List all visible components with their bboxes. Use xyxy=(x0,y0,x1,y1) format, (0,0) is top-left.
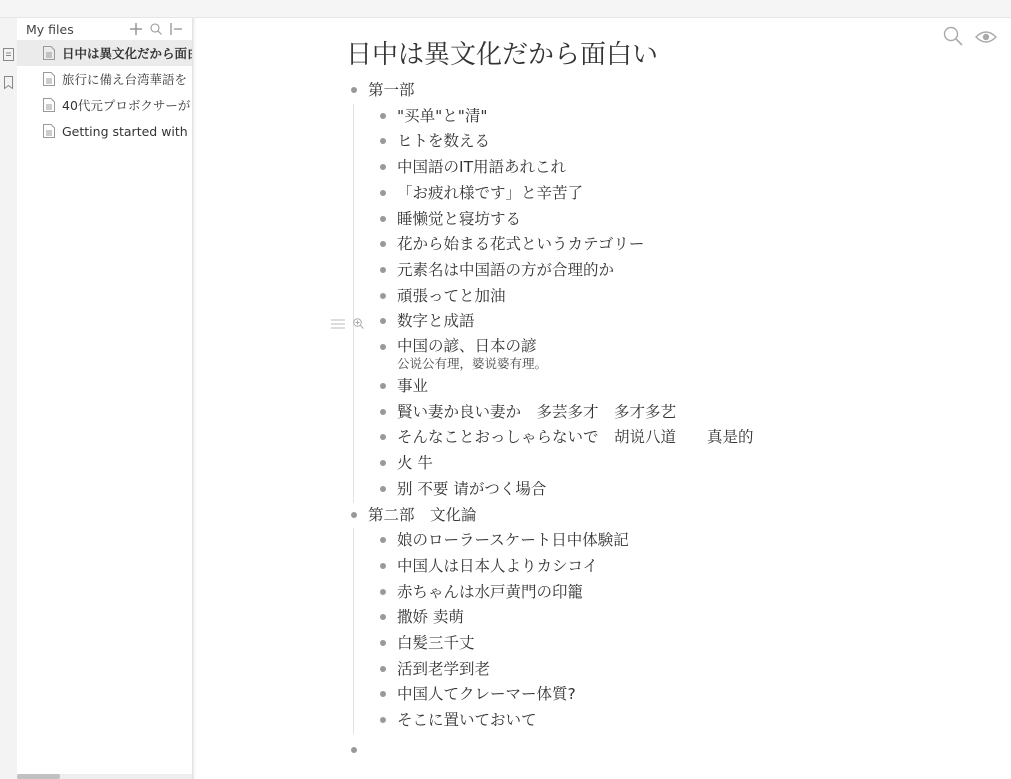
outline-row[interactable]: 花から始まる花式というカテゴリー xyxy=(375,232,986,258)
document-area: 日中は異文化だから面白い 第一部 "买单"と"清" ヒトを数える 中国語のIT用… xyxy=(196,18,1011,779)
bullet-icon[interactable] xyxy=(380,460,386,466)
outline-item-text[interactable]: 「お疲れ様です」と辛苦了 xyxy=(397,181,583,207)
outline-row[interactable]: 睡懒觉と寝坊する xyxy=(375,207,986,233)
outline-item-text[interactable]: 賢い妻か良い妻か 多芸多才 多才多艺 xyxy=(397,400,676,426)
file-item[interactable]: 旅行に備え台湾華語を xyxy=(17,66,192,92)
outline-children: 娘のローラースケート日中体験記 中国人は日本人よりカシコイ 赤ちゃんは水戸黄門の… xyxy=(353,528,986,734)
row-hover-controls xyxy=(331,315,364,333)
outline-item-text[interactable]: ヒトを数える xyxy=(397,129,490,155)
outline-row-hovered[interactable]: 数字と成語 xyxy=(375,309,986,335)
outline-node-section-2: 第二部 文化論 娘のローラースケート日中体験記 中国人は日本人よりカシコイ 赤ち… xyxy=(346,503,986,734)
outline-row[interactable]: 頑張ってと加油 xyxy=(375,284,986,310)
bullet-icon[interactable] xyxy=(380,190,386,196)
bullet-icon[interactable] xyxy=(380,138,386,144)
bullet-icon[interactable] xyxy=(380,614,386,620)
bullet-icon[interactable] xyxy=(380,409,386,415)
outline-item-text[interactable]: 火 牛 xyxy=(397,451,433,477)
outline-row[interactable]: そこに置いておいて xyxy=(375,708,986,734)
outline-row[interactable]: 第一部 xyxy=(346,78,986,104)
outline-item-text[interactable]: 赤ちゃんは水戸黄門の印籠 xyxy=(397,580,583,606)
file-item[interactable]: 日中は異文化だから面白い xyxy=(17,40,192,66)
bullet-icon[interactable] xyxy=(380,486,386,492)
outline-item-text[interactable]: 花から始まる花式というカテゴリー xyxy=(397,232,644,258)
bullet-icon[interactable] xyxy=(351,87,357,93)
outline-item-text[interactable]: 中国人てクレーマー体質? xyxy=(397,682,576,708)
file-list: 日中は異文化だから面白い 旅行に備え台湾華語を 40代元プロボクサーが Gett… xyxy=(17,40,192,144)
collapse-sidebar-button[interactable] xyxy=(170,23,182,35)
file-icon xyxy=(43,98,55,112)
bookmark-icon[interactable] xyxy=(3,75,14,89)
bullet-icon[interactable] xyxy=(351,747,357,753)
page-title[interactable]: 日中は異文化だから面白い xyxy=(346,34,658,71)
bullet-icon[interactable] xyxy=(380,113,386,119)
bullet-icon[interactable] xyxy=(380,267,386,273)
bullet-icon[interactable] xyxy=(380,164,386,170)
bullet-icon[interactable] xyxy=(380,434,386,440)
outline-item-text[interactable]: 白髪三千丈 xyxy=(397,631,475,657)
left-rail xyxy=(0,18,17,779)
document-view-icon[interactable] xyxy=(3,47,14,61)
outline-row[interactable]: 中国の諺、日本の諺 公说公有理，婆说婆有理。 xyxy=(375,335,986,374)
bullet-icon[interactable] xyxy=(380,241,386,247)
outline-item-note[interactable]: 公说公有理，婆说婆有理。 xyxy=(397,354,547,374)
add-file-button[interactable] xyxy=(130,23,142,35)
file-item[interactable]: Getting started with Dy xyxy=(17,118,192,144)
file-icon xyxy=(43,46,55,60)
outline-item-text[interactable]: 頑張ってと加油 xyxy=(397,284,506,310)
outline-row[interactable]: "买单"と"清" xyxy=(375,104,986,130)
outline-item-text[interactable]: 撒娇 卖萌 xyxy=(397,605,464,631)
file-icon xyxy=(43,72,55,86)
outline-row[interactable]: 第二部 文化論 xyxy=(346,503,986,529)
outline-row[interactable]: 白髪三千丈 xyxy=(375,631,986,657)
outline: 第一部 "买单"と"清" ヒトを数える 中国語のIT用語あれこれ 「お疲れ様です… xyxy=(346,78,986,764)
outline-item-text[interactable]: 第一部 xyxy=(368,78,415,104)
outline-item-text[interactable]: 别 不要 请がつく場合 xyxy=(397,477,546,503)
file-label: 日中は異文化だから面白い xyxy=(62,44,192,62)
search-files-button[interactable] xyxy=(150,23,162,35)
sidebar-header: My files xyxy=(17,18,192,40)
bullet-icon[interactable] xyxy=(380,640,386,646)
outline-row[interactable]: 事业 xyxy=(375,374,986,400)
bullet-icon[interactable] xyxy=(380,344,386,350)
outline-row[interactable]: 撒娇 卖萌 xyxy=(375,605,986,631)
outline-row[interactable]: そんなことおっしゃらないで 胡说八道 真是的 xyxy=(375,425,986,451)
outline-item-text[interactable]: 元素名は中国語の方が合理的か xyxy=(397,258,614,284)
outline-item-text[interactable]: 中国人は日本人よりカシコイ xyxy=(397,554,598,580)
outline-item-text[interactable]: 中国語のIT用語あれこれ xyxy=(397,155,566,181)
zoom-in-icon[interactable] xyxy=(353,315,364,333)
bullet-icon[interactable] xyxy=(380,383,386,389)
bullet-icon[interactable] xyxy=(380,666,386,672)
file-sidebar: My files 日中は異文化だから面白い 旅行に備え台湾華語を 40代元プロボ… xyxy=(17,18,193,779)
preview-eye-icon[interactable] xyxy=(975,29,997,48)
outline-item-text[interactable]: そこに置いておいて xyxy=(397,708,537,734)
outline-node-empty xyxy=(346,738,986,764)
outline-item-text[interactable]: 睡懒觉と寝坊する xyxy=(397,207,521,233)
bullet-icon[interactable] xyxy=(351,512,357,518)
file-label: 旅行に備え台湾華語を xyxy=(62,70,187,88)
outline-row[interactable]: 活到老学到老 xyxy=(375,657,986,683)
outline-row[interactable]: 娘のローラースケート日中体験記 xyxy=(375,528,986,554)
bullet-icon[interactable] xyxy=(380,563,386,569)
outline-item-text[interactable]: 活到老学到老 xyxy=(397,657,490,683)
outline-row[interactable]: ヒトを数える xyxy=(375,129,986,155)
outline-row-empty[interactable] xyxy=(346,738,986,764)
bullet-icon[interactable] xyxy=(380,293,386,299)
outline-row[interactable]: 元素名は中国語の方が合理的か xyxy=(375,258,986,284)
window-top-bar xyxy=(0,0,1011,18)
bullet-icon[interactable] xyxy=(380,589,386,595)
bullet-icon[interactable] xyxy=(380,216,386,222)
outline-item-text[interactable]: 娘のローラースケート日中体験記 xyxy=(397,528,629,554)
outline-item-text[interactable]: そんなことおっしゃらないで 胡说八道 真是的 xyxy=(397,425,754,451)
outline-node-section-1: 第一部 "买单"と"清" ヒトを数える 中国語のIT用語あれこれ 「お疲れ様です… xyxy=(346,78,986,503)
outline-row[interactable]: 賢い妻か良い妻か 多芸多才 多才多艺 xyxy=(375,400,986,426)
bullet-icon[interactable] xyxy=(380,537,386,543)
file-item[interactable]: 40代元プロボクサーが xyxy=(17,92,192,118)
outline-item-text[interactable]: 数字と成語 xyxy=(397,309,475,335)
outline-row[interactable]: 中国人てクレーマー体質? xyxy=(375,682,986,708)
bullet-icon[interactable] xyxy=(380,691,386,697)
outline-row[interactable]: 「お疲れ様です」と辛苦了 xyxy=(375,181,986,207)
sidebar-title: My files xyxy=(26,22,74,37)
file-label: 40代元プロボクサーが xyxy=(62,96,190,114)
outline-row[interactable]: 中国語のIT用語あれこれ xyxy=(375,155,986,181)
sidebar-horizontal-scrollbar[interactable] xyxy=(17,774,193,779)
search-icon[interactable] xyxy=(943,26,963,50)
bullet-icon[interactable] xyxy=(380,318,386,324)
outline-item-text[interactable]: 第二部 文化論 xyxy=(368,503,477,529)
file-label: Getting started with Dy xyxy=(62,124,192,139)
bullet-icon[interactable] xyxy=(380,717,386,723)
outline-children: "买单"と"清" ヒトを数える 中国語のIT用語あれこれ 「お疲れ様です」と辛苦… xyxy=(353,104,986,503)
outline-row[interactable]: 赤ちゃんは水戸黄門の印籠 xyxy=(375,580,986,606)
outline-row[interactable]: 中国人は日本人よりカシコイ xyxy=(375,554,986,580)
outline-item-text[interactable]: "买单"と"清" xyxy=(397,104,488,130)
outline-row[interactable]: 火 牛 xyxy=(375,451,986,477)
outline-row[interactable]: 别 不要 请がつく場合 xyxy=(375,477,986,503)
outline-item-text[interactable]: 事业 xyxy=(397,374,428,400)
file-icon xyxy=(43,124,55,138)
drag-handle-icon[interactable] xyxy=(331,315,345,333)
scrollbar-thumb[interactable] xyxy=(17,774,60,779)
